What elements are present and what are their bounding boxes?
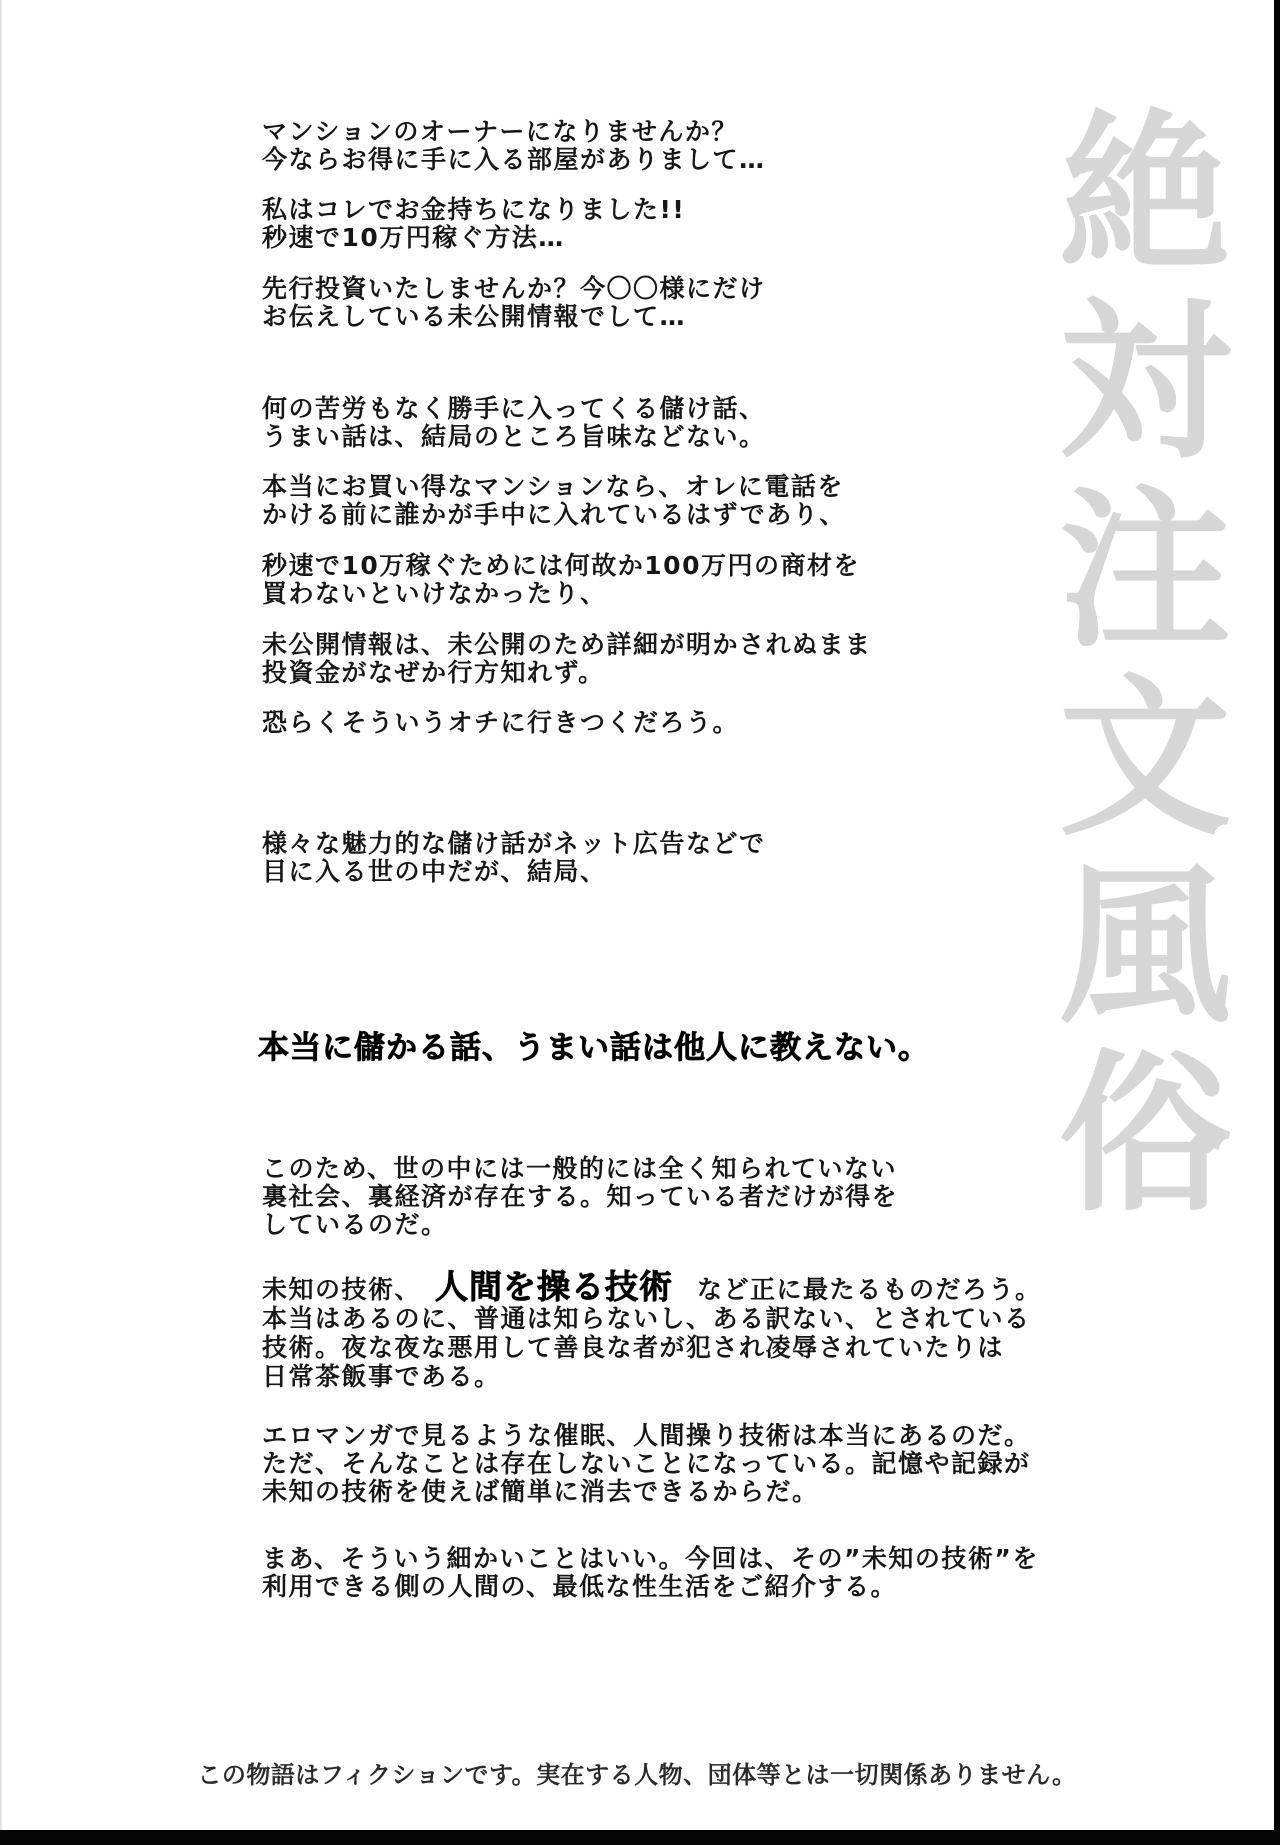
document-page: 絶 対 注 文 風 俗 マンションのオーナーになりませんか？ 今ならお得に手に入…: [0, 0, 1274, 1830]
text-line: ただ、そんなことは存在しないことになっている。記憶や記録が: [262, 1450, 1031, 1478]
paragraph-unknown-technology: 未知の技術、人間を操る技術など正に最たるものだろう。 本当はあるのに、普通は知ら…: [262, 1272, 1042, 1391]
text-line: 秒速で10万円稼ぐ方法…: [262, 224, 685, 252]
paragraph-punchline: 恐らくそういうオチに行きつくだろう。: [262, 709, 739, 737]
text-line: マンションのオーナーになりませんか？: [262, 118, 766, 146]
fiction-disclaimer: この物語はフィクションです。実在する人物、団体等とは一切関係ありません。: [0, 1760, 1274, 1790]
text-line: 目に入る世の中だが、結局、: [262, 858, 766, 886]
scan-edge-shadow: [0, 0, 3, 1830]
text-line: かける前に誰かが手中に入れているはずであり、: [262, 501, 846, 529]
vertical-title: 絶 対 注 文 風 俗: [1050, 100, 1240, 1228]
text-line: 恐らくそういうオチに行きつくだろう。: [262, 709, 739, 737]
text-line: 本当にお買い得なマンションなら、オレに電話を: [262, 473, 846, 501]
scan-border-right: [1274, 0, 1280, 1845]
title-glyph: 対: [1050, 288, 1240, 476]
text-line: うまい話は、結局のところ旨味などない。: [262, 423, 766, 451]
paragraph-mansion-rebuttal: 本当にお買い得なマンションなら、オレに電話を かける前に誰かが手中に入れているは…: [262, 473, 846, 529]
paragraph-mansion-pitch: マンションのオーナーになりませんか？ 今ならお得に手に入る部屋がありまして…: [262, 118, 766, 174]
paragraph-seconds-rebuttal: 秒速で10万稼ぐためには何故か100万円の商材を 買わないといけなかったり、: [262, 552, 860, 608]
text-line: このため、世の中には一般的には全く知られていない: [262, 1155, 898, 1183]
title-glyph: 文: [1050, 664, 1240, 852]
text-line: 裏社会、裏経済が存在する。知っている者だけが得を: [262, 1183, 898, 1211]
text-line: 秒速で10万稼ぐためには何故か100万円の商材を: [262, 552, 860, 580]
text-line: 投資金がなぜか行方知れず。: [262, 659, 872, 687]
paragraph-hypnosis: エロマンガで見るような催眠、人間操り技術は本当にあるのだ。 ただ、そんなことは存…: [262, 1422, 1031, 1506]
title-glyph: 俗: [1050, 1040, 1240, 1228]
paragraph-introduction: まあ、そういう細かいことはいい。今回は、その”未知の技術”を 利用できる側の人間…: [262, 1545, 1039, 1601]
text-line: エロマンガで見るような催眠、人間操り技術は本当にあるのだ。: [262, 1422, 1031, 1450]
text-line: 本当はあるのに、普通は知らないし、ある訳ない、とされている: [262, 1304, 1042, 1333]
paragraph-net-ads: 様々な魅力的な儲け話がネット広告などで 目に入る世の中だが、結局、: [262, 830, 766, 886]
title-glyph: 注: [1050, 476, 1240, 664]
paragraph-no-easy-money: 何の苦労もなく勝手に入ってくる儲け話、 うまい話は、結局のところ旨味などない。: [262, 395, 766, 451]
paragraph-get-rich-pitch: 私はコレでお金持ちになりました!! 秒速で10万円稼ぐ方法…: [262, 196, 685, 252]
text-line: 未公開情報は、未公開のため詳細が明かされぬまま: [262, 631, 872, 659]
text-fragment: など正に最たるものだろう。: [697, 1275, 1042, 1304]
title-glyph: 絶: [1050, 100, 1240, 288]
paragraph-undisclosed-rebuttal: 未公開情報は、未公開のため詳細が明かされぬまま 投資金がなぜか行方知れず。: [262, 631, 872, 687]
text-line-with-emphasis: 未知の技術、人間を操る技術など正に最たるものだろう。: [262, 1272, 1042, 1304]
text-line: 利用できる側の人間の、最低な性生活をご紹介する。: [262, 1573, 1039, 1601]
text-line: まあ、そういう細かいことはいい。今回は、その”未知の技術”を: [262, 1545, 1039, 1573]
text-line: 私はコレでお金持ちになりました!!: [262, 196, 685, 224]
title-glyph: 風: [1050, 852, 1240, 1040]
text-line: 先行投資いたしませんか？今〇〇様にだけ: [262, 275, 766, 303]
text-line: 何の苦労もなく勝手に入ってくる儲け話、: [262, 395, 766, 423]
text-line: 日常茶飯事である。: [262, 1362, 1042, 1391]
text-line: 未知の技術を使えば簡単に消去できるからだ。: [262, 1478, 1031, 1506]
text-line: 様々な魅力的な儲け話がネット広告などで: [262, 830, 766, 858]
text-line: 買わないといけなかったり、: [262, 580, 860, 608]
inline-emphasis: 人間を操る技術: [435, 1267, 673, 1306]
text-fragment: 未知の技術、: [262, 1275, 421, 1304]
text-line: 今ならお得に手に入る部屋がありまして…: [262, 146, 766, 174]
paragraph-investment-pitch: 先行投資いたしませんか？今〇〇様にだけ お伝えしている未公開情報でして…: [262, 275, 766, 331]
scan-border-bottom: [0, 1830, 1280, 1845]
emphasis-statement: 本当に儲かる話、うまい話は他人に教えない。: [258, 1030, 930, 1066]
text-line: お伝えしている未公開情報でして…: [262, 303, 766, 331]
text-line: しているのだ。: [262, 1211, 898, 1239]
paragraph-underground-society: このため、世の中には一般的には全く知られていない 裏社会、裏経済が存在する。知っ…: [262, 1155, 898, 1239]
text-line: 技術。夜な夜な悪用して善良な者が犯され凌辱されていたりは: [262, 1333, 1042, 1362]
